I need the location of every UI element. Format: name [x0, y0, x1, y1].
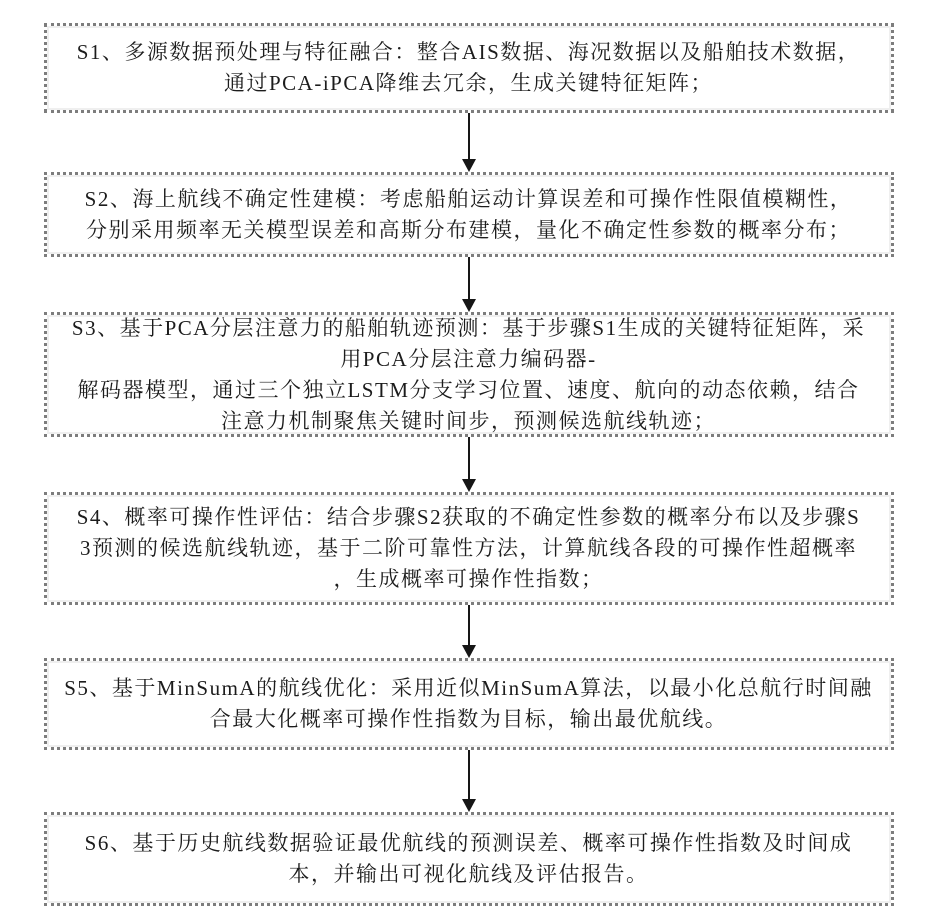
arrow-head-icon — [462, 299, 476, 312]
down-arrow-s5-s6 — [0, 750, 937, 812]
step-s5-text: S5、基于MinSumA的航线优化：采用近似MinSumA算法，以最小化总航行时… — [47, 673, 891, 735]
arrow-shaft — [468, 113, 470, 159]
step-s3-text: S3、基于PCA分层注意力的船舶轨迹预测：基于步骤S1生成的关键特征矩阵，采 用… — [47, 313, 891, 437]
step-s1-text: S1、多源数据预处理与特征融合：整合AIS数据、海况数据以及船舶技术数据， 通过… — [47, 37, 891, 99]
step-s6-text: S6、基于历史航线数据验证最优航线的预测误差、概率可操作性指数及时间成 本，并输… — [47, 828, 891, 890]
arrow-head-icon — [462, 159, 476, 172]
step-box-s2: S2、海上航线不确定性建模：考虑船舶运动计算误差和可操作性限值模糊性， 分别采用… — [44, 172, 894, 257]
step-box-s6: S6、基于历史航线数据验证最优航线的预测误差、概率可操作性指数及时间成 本，并输… — [44, 812, 894, 906]
step-s2-text: S2、海上航线不确定性建模：考虑船舶运动计算误差和可操作性限值模糊性， 分别采用… — [47, 184, 891, 246]
step-box-s1: S1、多源数据预处理与特征融合：整合AIS数据、海况数据以及船舶技术数据， 通过… — [44, 23, 894, 113]
arrow-head-icon — [462, 645, 476, 658]
step-box-s5: S5、基于MinSumA的航线优化：采用近似MinSumA算法，以最小化总航行时… — [44, 658, 894, 750]
step-box-s4: S4、概率可操作性评估：结合步骤S2获取的不确定性参数的概率分布以及步骤S 3预… — [44, 492, 894, 605]
down-arrow-s3-s4 — [0, 437, 937, 492]
arrow-head-icon — [462, 479, 476, 492]
arrow-shaft — [468, 750, 470, 799]
arrow-shaft — [468, 605, 470, 645]
arrow-shaft — [468, 257, 470, 299]
step-s4-text: S4、概率可操作性评估：结合步骤S2获取的不确定性参数的概率分布以及步骤S 3预… — [47, 502, 891, 595]
step-box-s3: S3、基于PCA分层注意力的船舶轨迹预测：基于步骤S1生成的关键特征矩阵，采 用… — [44, 312, 894, 437]
flowchart: S1、多源数据预处理与特征融合：整合AIS数据、海况数据以及船舶技术数据， 通过… — [0, 0, 937, 919]
down-arrow-s4-s5 — [0, 605, 937, 658]
down-arrow-s1-s2 — [0, 113, 937, 172]
down-arrow-s2-s3 — [0, 257, 937, 312]
arrow-shaft — [468, 437, 470, 479]
arrow-head-icon — [462, 799, 476, 812]
